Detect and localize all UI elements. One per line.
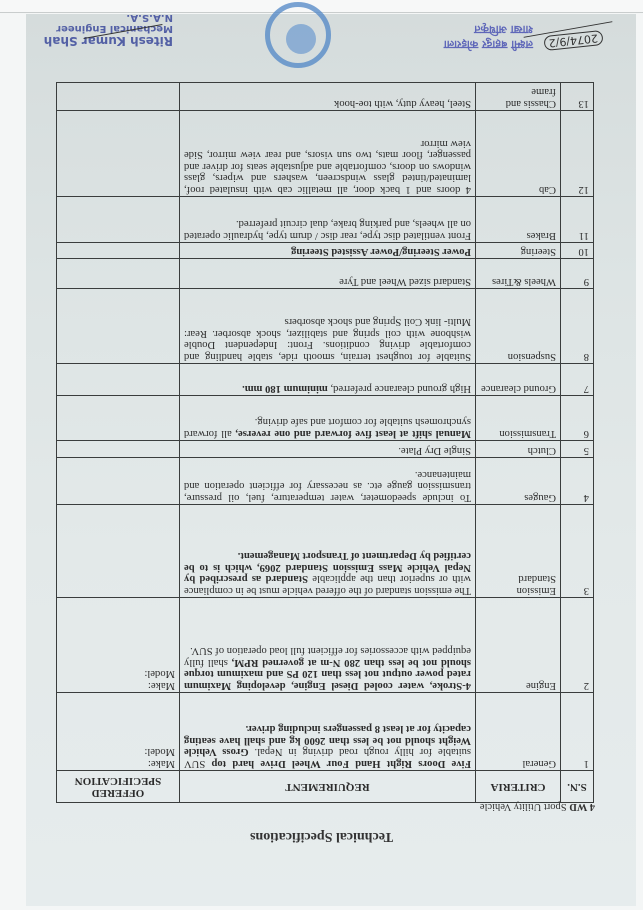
table-row: 3Emission StandardThe emission standard … [57, 505, 594, 598]
cell-requirement: 4 doors and 1 back door, all metallic ca… [180, 111, 476, 197]
cell-sn: 13 [561, 83, 594, 111]
offered-field-label: Make: [61, 679, 175, 691]
cell-requirement: Suitable for toughest terrain, smooth ri… [180, 289, 476, 364]
cell-requirement: Single Dry Plate. [180, 441, 476, 458]
table-row: 13Chassis and frameSteel, heavy duty, wi… [57, 83, 594, 111]
requirement-text: Power Steering/Power Assisted Steering [291, 246, 471, 257]
cell-criteria: Gauges [476, 458, 561, 505]
nepali-stamp: लक्ष्मी बहादुर कोइराला शाखा अधिकृत [444, 22, 533, 52]
cell-offered-specification[interactable] [57, 396, 180, 441]
requirement-text: 4 doors and 1 back door, all metallic ca… [184, 138, 471, 195]
cell-requirement: Five Doors Right Hand Four Wheel Drive h… [180, 693, 476, 771]
cell-sn: 12 [561, 111, 594, 197]
cell-criteria: Wheels &Tires [476, 259, 561, 289]
cell-offered-specification[interactable] [57, 197, 180, 243]
header-offered: OFFERED SPECIFICATION [57, 771, 180, 803]
table-row: 7Ground clearanceHigh ground clearance p… [57, 364, 594, 396]
cell-sn: 7 [561, 364, 594, 396]
offered-field-label: Model: [61, 668, 175, 680]
cell-offered-specification[interactable] [57, 289, 180, 364]
cell-sn: 5 [561, 441, 594, 458]
requirement-text: To include speedometer, water temperatur… [184, 469, 471, 503]
cell-sn: 1 [561, 693, 594, 771]
requirement-text: Front ventilated disc type, rear disc / … [184, 218, 471, 241]
header-requirement: REQUIREMENT [180, 771, 476, 803]
office-seal-center [286, 24, 316, 54]
document-title: Technical Specifications [0, 828, 643, 844]
cell-sn: 11 [561, 197, 594, 243]
header-sn: S.N. [561, 771, 594, 803]
nepali-stamp-line1: लक्ष्मी बहादुर कोइराला [444, 37, 533, 52]
spec-table: S.N. CRITERIA REQUIREMENT OFFERED SPECIF… [56, 82, 594, 803]
cell-sn: 3 [561, 505, 594, 598]
table-row: 1GeneralFive Doors Right Hand Four Wheel… [57, 693, 594, 771]
offered-field-label: Make: [61, 757, 175, 769]
table-row: 11BrakesFront ventilated disc type, rear… [57, 197, 594, 243]
officer-name: Ritesh Kumar Shah [44, 34, 173, 48]
table-row: 9Wheels &TiresStandard sized Wheel and T… [57, 259, 594, 289]
requirement-text: minimum 180 mm. [242, 383, 328, 394]
nepali-stamp-line2: शाखा अधिकृत [444, 22, 533, 37]
cell-offered-specification[interactable] [57, 111, 180, 197]
cell-offered-specification[interactable]: Make:Model: [57, 598, 180, 693]
table-row: 8SuspensionSuitable for toughest terrain… [57, 289, 594, 364]
cell-requirement: To include speedometer, water temperatur… [180, 458, 476, 505]
cell-criteria: Cab [476, 111, 561, 197]
table-row: 12Cab4 doors and 1 back door, all metall… [57, 111, 594, 197]
cell-sn: 8 [561, 289, 594, 364]
cell-offered-specification[interactable] [57, 364, 180, 396]
cell-sn: 2 [561, 598, 594, 693]
rotated-document-page: Technical Specifications 4 WD Sport Util… [0, 0, 643, 910]
cell-requirement: Power Steering/Power Assisted Steering [180, 243, 476, 259]
table-row: 5ClutchSingle Dry Plate. [57, 441, 594, 458]
requirement-text: Suitable for toughest terrain, smooth ri… [184, 316, 471, 362]
header-criteria: CRITERIA [476, 771, 561, 803]
cell-offered-specification[interactable] [57, 505, 180, 598]
cell-offered-specification[interactable] [57, 441, 180, 458]
table-row: 4GaugesTo include speedometer, water tem… [57, 458, 594, 505]
cell-offered-specification[interactable] [57, 458, 180, 505]
cell-requirement: High ground clearance preferred, minimum… [180, 364, 476, 396]
cell-sn: 10 [561, 243, 594, 259]
cell-offered-specification[interactable]: Make:Model: [57, 693, 180, 771]
cell-sn: 6 [561, 396, 594, 441]
officer-place: N.A.S.A. [44, 12, 173, 23]
officer-stamp: Ritesh Kumar Shah Mechanical Engineer N.… [44, 12, 173, 48]
cell-criteria: Steering [476, 243, 561, 259]
cell-criteria: Chassis and frame [476, 83, 561, 111]
cell-sn: 4 [561, 458, 594, 505]
offered-field-label: Model: [61, 746, 175, 758]
cell-requirement: 4-Stroke, water cooled Diesel Engine, de… [180, 598, 476, 693]
requirement-text: Standard sized Wheel and Tyre [339, 276, 471, 287]
cell-criteria: Ground clearance [476, 364, 561, 396]
dated-signature: 2074/9/2 [543, 30, 604, 51]
requirement-text: Single Dry Plate. [398, 445, 471, 456]
table-row: 2Engine4-Stroke, water cooled Diesel Eng… [57, 598, 594, 693]
cell-requirement: Manual shift at least five forward and o… [180, 396, 476, 441]
cell-requirement: The emission standard of the offered veh… [180, 505, 476, 598]
cell-criteria: Engine [476, 598, 561, 693]
table-header-row: S.N. CRITERIA REQUIREMENT OFFERED SPECIF… [57, 771, 594, 803]
table-row: 10SteeringPower Steering/Power Assisted … [57, 243, 594, 259]
cell-requirement: Front ventilated disc type, rear disc / … [180, 197, 476, 243]
cell-offered-specification[interactable] [57, 243, 180, 259]
table-row: 6TransmissionManual shift at least five … [57, 396, 594, 441]
cell-requirement: Standard sized Wheel and Tyre [180, 259, 476, 289]
table-body: 1GeneralFive Doors Right Hand Four Wheel… [57, 83, 594, 771]
cell-criteria: General [476, 693, 561, 771]
cell-offered-specification[interactable] [57, 259, 180, 289]
cell-criteria: Transmission [476, 396, 561, 441]
cell-criteria: Clutch [476, 441, 561, 458]
cell-criteria: Suspension [476, 289, 561, 364]
requirement-text: Five Doors Right Hand Four Wheel Drive h… [205, 758, 471, 769]
cell-requirement: Steel, heavy duty, with toe-hook [180, 83, 476, 111]
requirement-text: Steel, heavy duty, with toe-hook [334, 98, 471, 109]
requirement-text: High ground clearance preferred, [328, 383, 471, 394]
cell-criteria: Brakes [476, 197, 561, 243]
cell-sn: 9 [561, 259, 594, 289]
cell-criteria: Emission Standard [476, 505, 561, 598]
cell-offered-specification[interactable] [57, 83, 180, 111]
requirement-text: Manual shift at least five forward and o… [232, 428, 471, 439]
